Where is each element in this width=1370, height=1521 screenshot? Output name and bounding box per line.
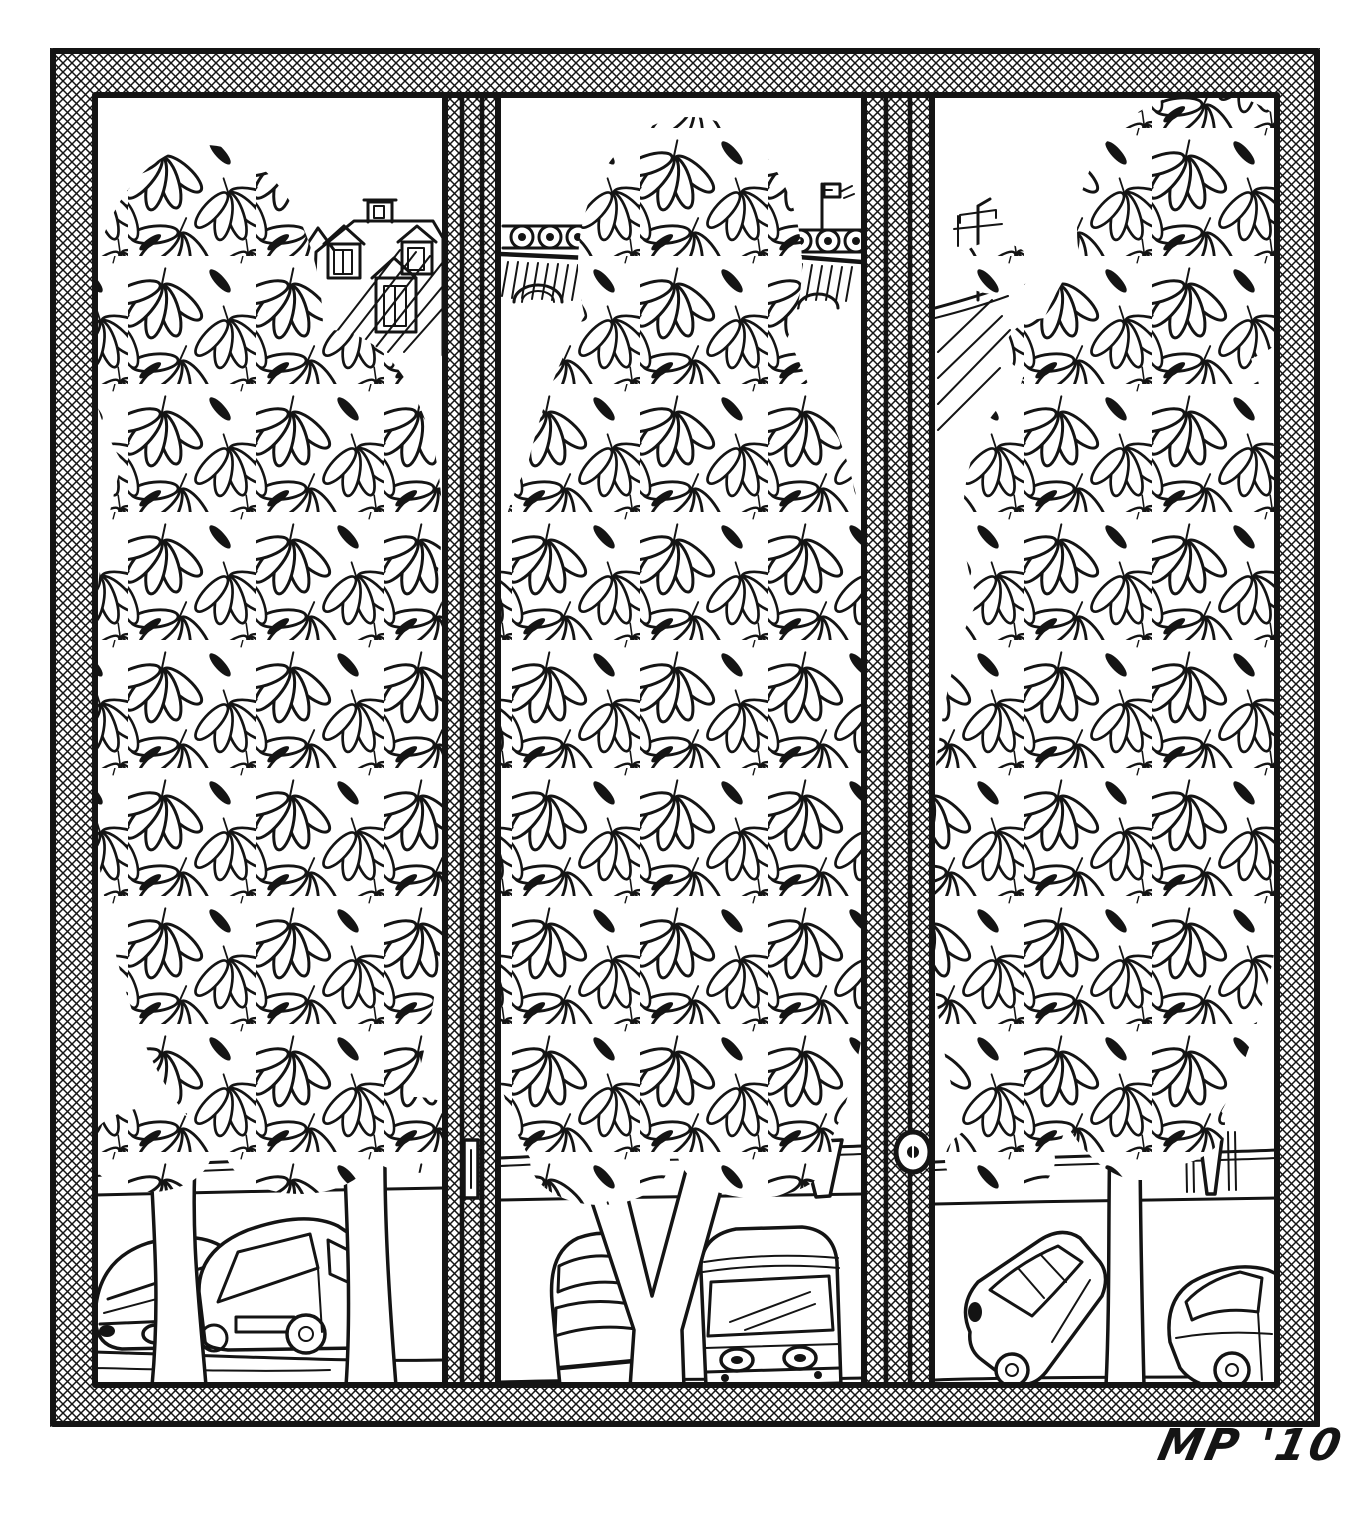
van-rear [701,1227,841,1386]
window-latch-plate [464,1140,478,1198]
headlight [968,1302,982,1322]
mullion-left [443,95,500,1385]
headlight [99,1325,115,1337]
wheel [287,1315,325,1353]
pane-center [472,95,883,1388]
window-artwork: MP '10 [0,0,1370,1521]
car-hatchback [1169,1267,1285,1389]
pane-right [930,92,1333,1389]
ink-drawing-window-view: MP '10 [0,0,1370,1521]
wheel [1215,1353,1249,1387]
wheel [996,1354,1028,1386]
window-latch-knob [896,1132,930,1172]
mullion-right [862,95,935,1385]
pane-left [87,95,470,1386]
artist-signature: MP '10 [1154,1420,1349,1470]
